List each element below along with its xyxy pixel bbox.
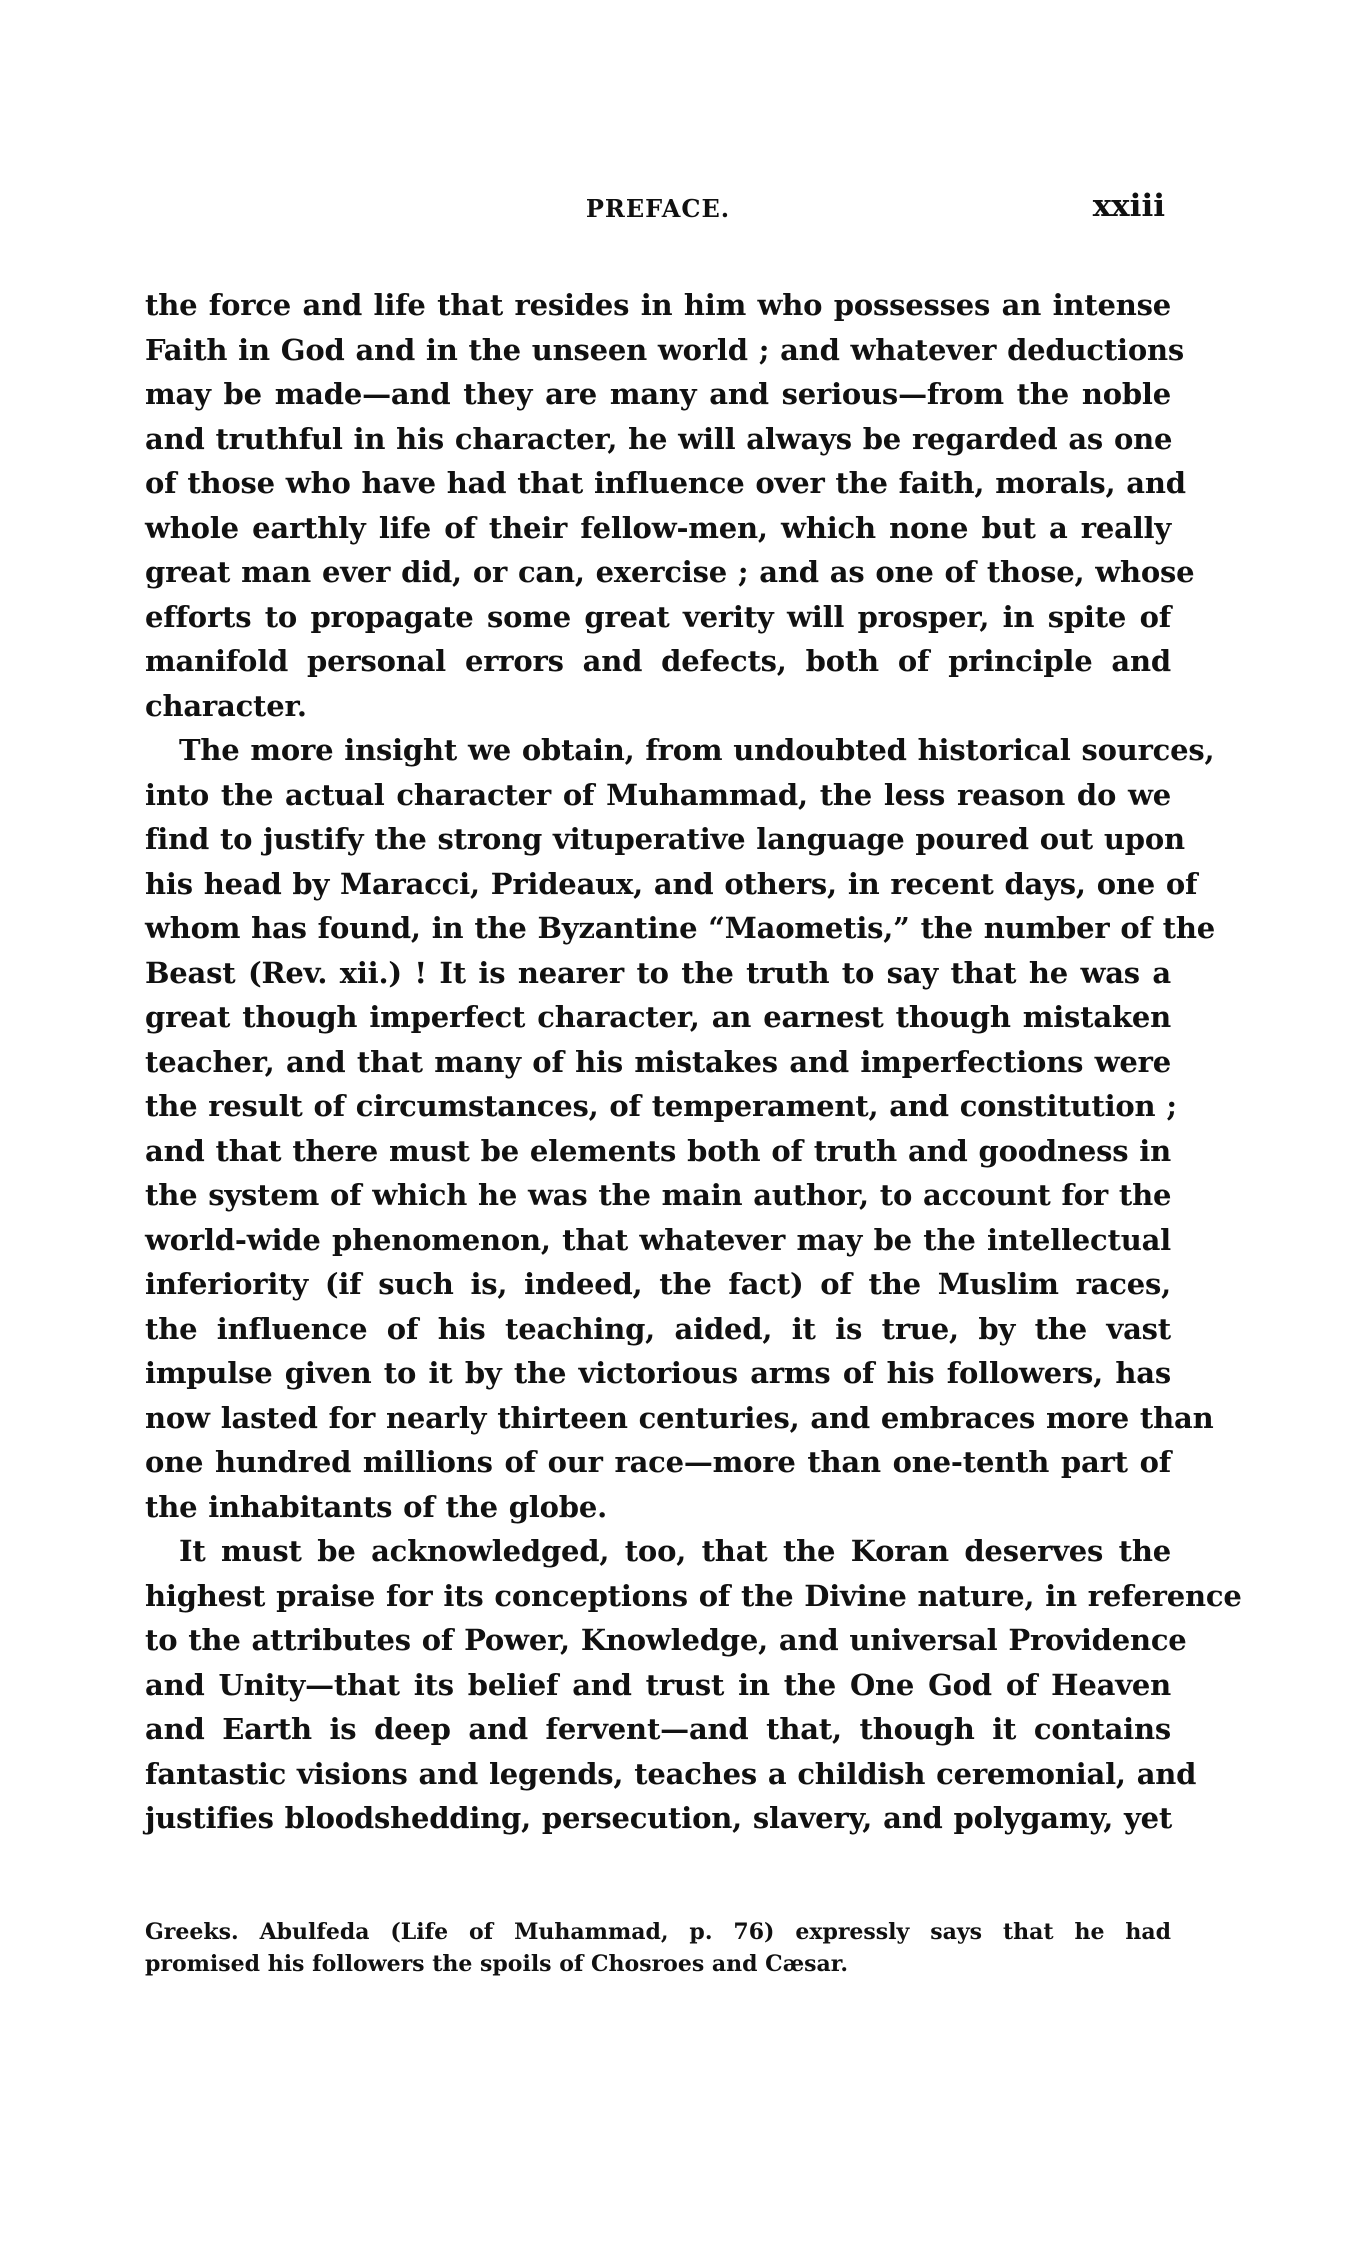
text-line: may be made—and they are many and seriou… (145, 372, 1171, 417)
text-line: character. (145, 684, 1171, 729)
text-line: teacher, and that many of his mistakes a… (145, 1040, 1171, 1085)
text-line: Faith in God and in the unseen world ; a… (145, 328, 1171, 373)
text-line: inferiority (if such is, indeed, the fac… (145, 1262, 1171, 1307)
footnote-line: promised his followers the spoils of Cho… (145, 1948, 1171, 1980)
text-line: and Unity—that its belief and trust in t… (145, 1663, 1171, 1708)
text-line: world-wide phenomenon, that whatever may… (145, 1218, 1171, 1263)
body-text: the force and life that resides in him w… (145, 283, 1171, 1841)
text-line: whole earthly life of their fellow-men, … (145, 506, 1171, 551)
text-line: the influence of his teaching, aided, it… (145, 1307, 1171, 1352)
running-head: PREFACE. xxiii (145, 188, 1171, 228)
text-line: highest praise for its conceptions of th… (145, 1574, 1171, 1619)
text-line: justifies bloodshedding, persecution, sl… (145, 1796, 1171, 1841)
text-line: his head by Maracci, Prideaux, and other… (145, 862, 1171, 907)
text-line: manifold personal errors and defects, bo… (145, 639, 1171, 684)
text-line: great man ever did, or can, exercise ; a… (145, 550, 1171, 595)
text-line: It must be acknowledged, too, that the K… (145, 1529, 1171, 1574)
text-line: fantastic visions and legends, teaches a… (145, 1752, 1171, 1797)
text-line: of those who have had that influence ove… (145, 461, 1171, 506)
text-line: and Earth is deep and fervent—and that, … (145, 1707, 1171, 1752)
text-line: The more insight we obtain, from undoubt… (145, 728, 1171, 773)
text-line: into the actual character of Muhammad, t… (145, 773, 1171, 818)
text-line: whom has found, in the Byzantine “Maomet… (145, 906, 1171, 951)
text-line: and that there must be elements both of … (145, 1129, 1171, 1174)
text-line: one hundred millions of our race—more th… (145, 1440, 1171, 1485)
text-line: and truthful in his character, he will a… (145, 417, 1171, 462)
page-number: xxiii (1093, 188, 1165, 224)
text-line: efforts to propagate some great verity w… (145, 595, 1171, 640)
text-line: the force and life that resides in him w… (145, 283, 1171, 328)
running-head-title: PREFACE. (145, 194, 1171, 223)
footnote-line: Greeks. Abulfeda (Life of Muhammad, p. 7… (145, 1916, 1171, 1948)
text-line: impulse given to it by the victorious ar… (145, 1351, 1171, 1396)
footnote: Greeks. Abulfeda (Life of Muhammad, p. 7… (145, 1916, 1171, 1980)
text-line: Beast (Rev. xii.) ! It is nearer to the … (145, 951, 1171, 996)
text-line: the system of which he was the main auth… (145, 1173, 1171, 1218)
text-line: great though imperfect character, an ear… (145, 995, 1171, 1040)
text-line: the inhabitants of the globe. (145, 1485, 1171, 1530)
text-line: the result of circumstances, of temperam… (145, 1084, 1171, 1129)
text-line: to the attributes of Power, Knowledge, a… (145, 1618, 1171, 1663)
book-page: PREFACE. xxiii the force and life that r… (0, 0, 1367, 2247)
text-line: find to justify the strong vituperative … (145, 817, 1171, 862)
text-line: now lasted for nearly thirteen centuries… (145, 1396, 1171, 1441)
